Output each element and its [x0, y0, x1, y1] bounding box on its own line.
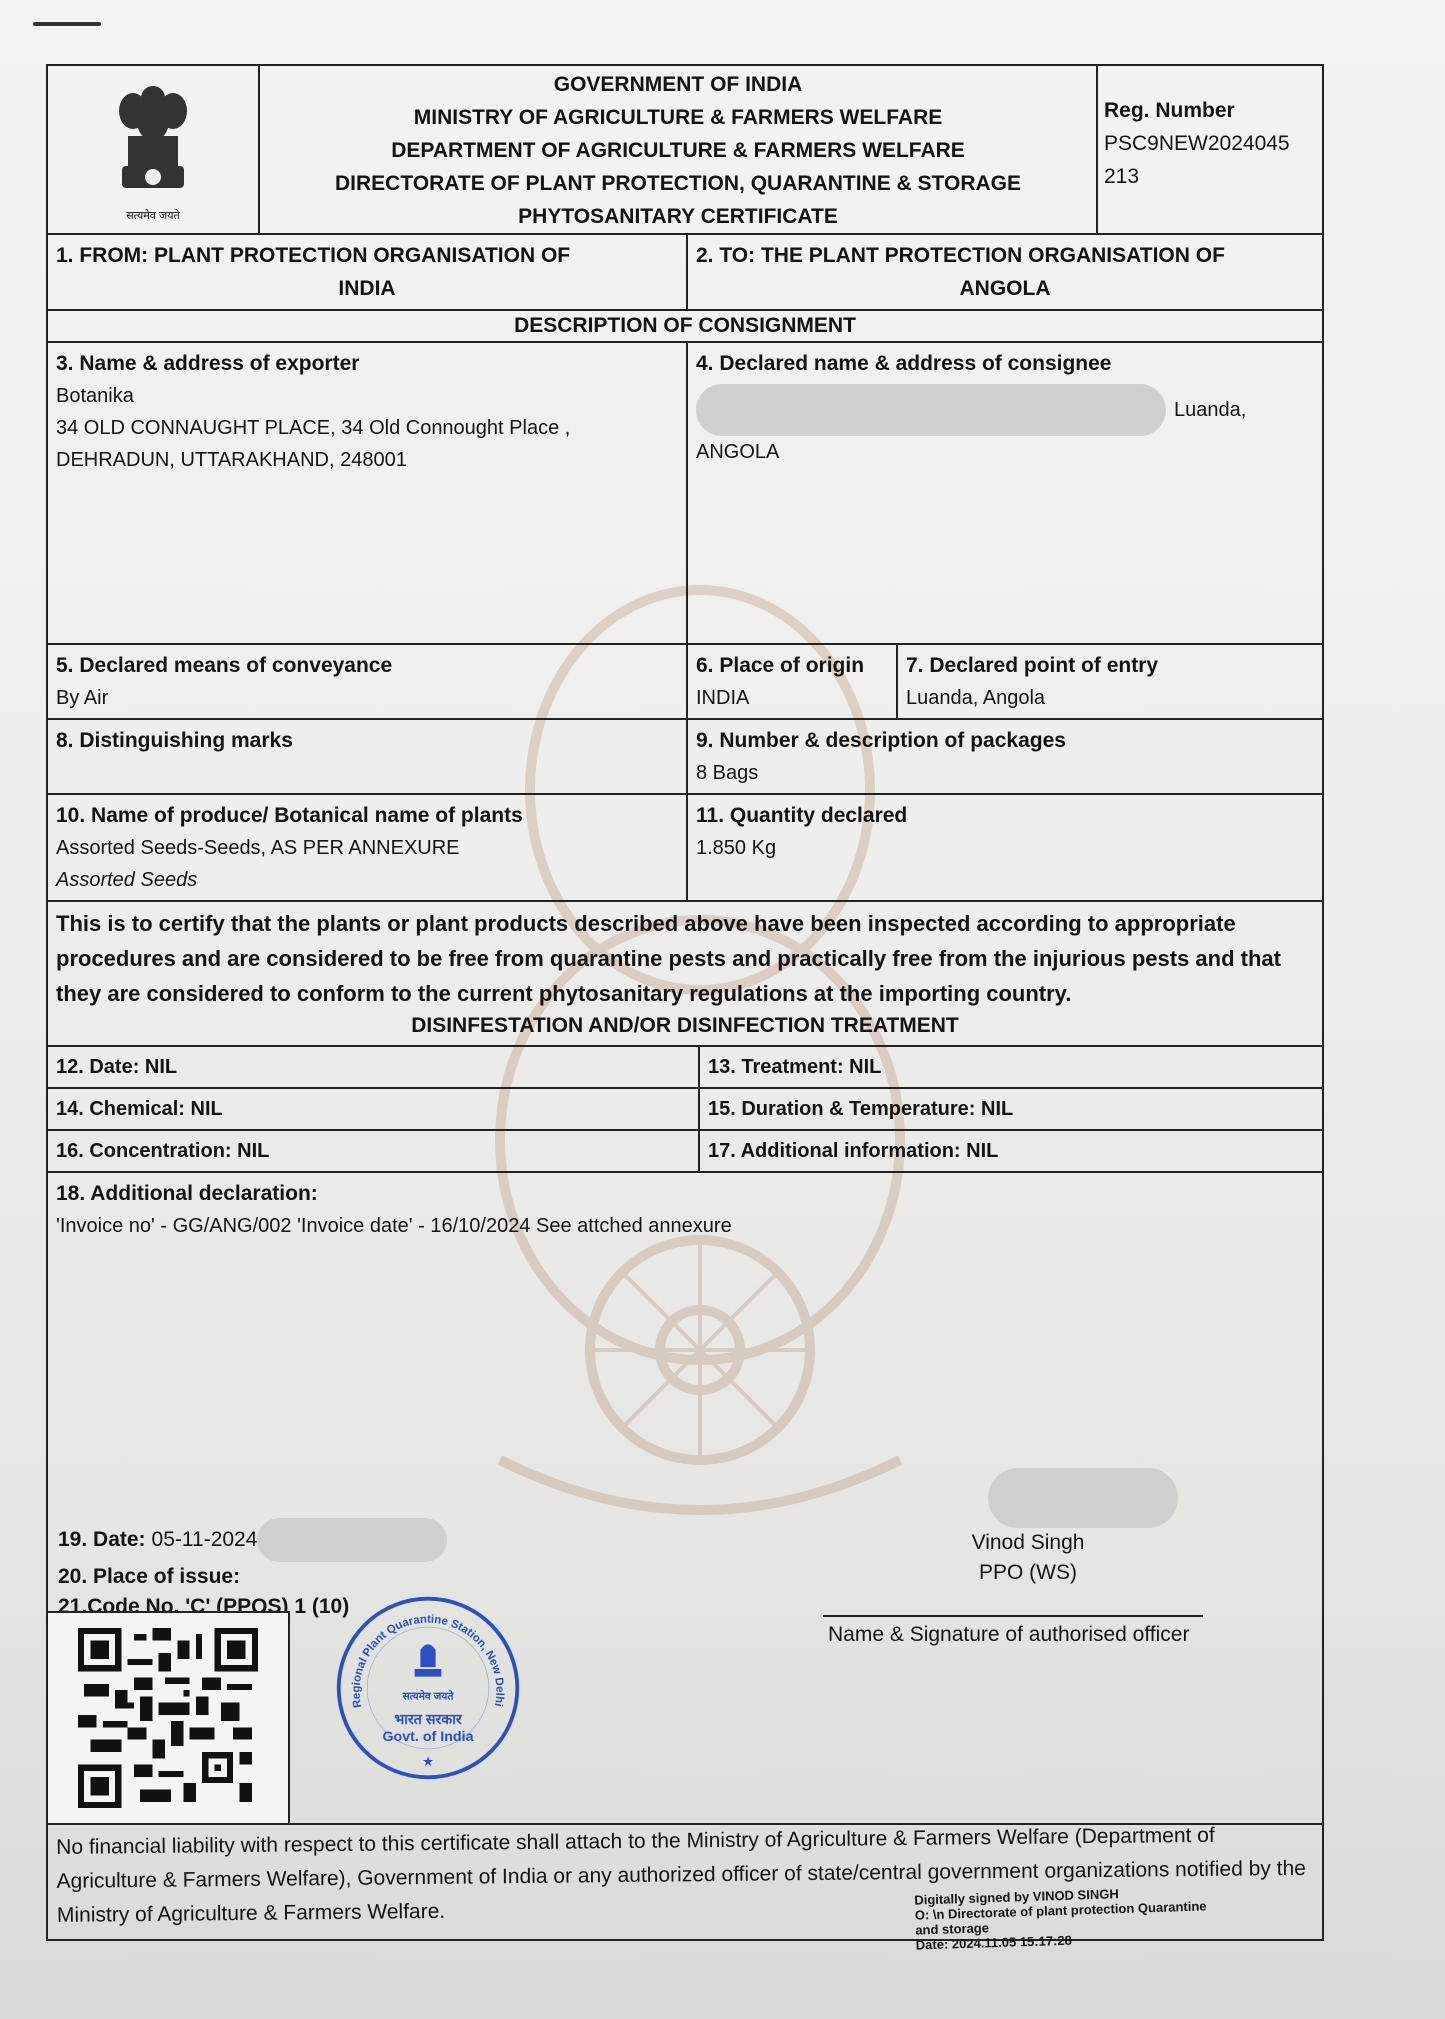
- origin-cell: 6. Place of origin INDIA: [688, 645, 898, 718]
- signatory-title: PPO (WS): [828, 1558, 1228, 1588]
- document-title: PHYTOSANITARY CERTIFICATE: [260, 200, 1096, 233]
- signature-line: [823, 1615, 1203, 1617]
- government-title: GOVERNMENT OF INDIA: [260, 68, 1096, 101]
- treatment-right-column: 13. Treatment: NIL 15. Duration & Temper…: [700, 1047, 1322, 1171]
- certification-cell: This is to certify that the plants or pl…: [48, 902, 1322, 1045]
- produce-cell: 10. Name of produce/ Botanical name of p…: [48, 795, 688, 900]
- issue-date-label: 19. Date:: [58, 1525, 146, 1555]
- marks-label: 8. Distinguishing marks: [56, 724, 678, 757]
- directorate-title: DIRECTORATE OF PLANT PROTECTION, QUARANT…: [260, 167, 1096, 200]
- to-value: ANGOLA: [696, 272, 1314, 305]
- redacted-consignee-name: [696, 384, 1166, 436]
- treatment-section-title: DISINFESTATION AND/OR DISINFECTION TREAT…: [56, 1011, 1314, 1041]
- issue-place-label: 20. Place of issue:: [58, 1562, 447, 1592]
- exporter-cell: 3. Name & address of exporter Botanika 3…: [48, 343, 688, 643]
- conveyance-cell: 5. Declared means of conveyance By Air: [48, 645, 688, 718]
- ministry-title: MINISTRY OF AGRICULTURE & FARMERS WELFAR…: [260, 101, 1096, 134]
- packages-label: 9. Number & description of packages: [696, 724, 1314, 757]
- signatory-block: Vinod Singh PPO (WS): [828, 1528, 1228, 1588]
- from-value: INDIA: [56, 272, 678, 305]
- marks-value: [56, 757, 678, 789]
- reg-number-cell: Reg. Number PSC9NEW2024045 213: [1098, 66, 1322, 233]
- official-stamp-icon: सत्यमेव जयते भारत सरकार Govt. of India ★…: [333, 1593, 523, 1783]
- treatment-duration: 15. Duration & Temperature: NIL: [700, 1089, 1322, 1131]
- svg-text:★: ★: [422, 1754, 434, 1769]
- scan-mark: [33, 22, 101, 26]
- qr-code-icon[interactable]: [78, 1628, 258, 1808]
- packages-value: 8 Bags: [696, 757, 1314, 789]
- exporter-name: Botanika: [56, 380, 678, 412]
- reg-number-value-2: 213: [1104, 160, 1316, 193]
- from-label: 1. FROM: PLANT PROTECTION ORGANISATION O…: [56, 239, 678, 272]
- treatment-additional-info: 17. Additional information: NIL: [700, 1131, 1322, 1171]
- redacted-issue-date-extra: [257, 1518, 447, 1562]
- consignment-section-title: DESCRIPTION OF CONSIGNMENT: [48, 311, 1322, 341]
- consignment-section-row: DESCRIPTION OF CONSIGNMENT: [48, 311, 1322, 343]
- marks-packages-row: 8. Distinguishing marks 9. Number & desc…: [48, 720, 1322, 795]
- declaration-signature-area: 18. Additional declaration: 'Invoice no'…: [48, 1173, 1322, 1825]
- stamp-hindi-bottom: भारत सरकार: [394, 1712, 463, 1728]
- quantity-label: 11. Quantity declared: [696, 799, 1314, 832]
- emblem-motto: सत्यमेव जयते: [126, 208, 180, 223]
- packages-cell: 9. Number & description of packages 8 Ba…: [688, 720, 1322, 793]
- consignee-label: 4. Declared name & address of consignee: [696, 347, 1314, 380]
- declaration-label: 18. Additional declaration:: [56, 1177, 1314, 1210]
- qr-code-box: [46, 1611, 290, 1825]
- signatory-name: Vinod Singh: [828, 1528, 1228, 1558]
- reg-number-value-1: PSC9NEW2024045: [1104, 127, 1316, 160]
- conveyance-value: By Air: [56, 682, 678, 714]
- department-title: DEPARTMENT OF AGRICULTURE & FARMERS WELF…: [260, 134, 1096, 167]
- certificate-header: सत्यमेव जयते GOVERNMENT OF INDIA MINISTR…: [48, 66, 1322, 235]
- consignee-cell: 4. Declared name & address of consignee …: [688, 343, 1322, 643]
- to-cell: 2. TO: THE PLANT PROTECTION ORGANISATION…: [688, 235, 1322, 309]
- consignee-address: Luanda,: [696, 384, 1314, 436]
- digital-signature: Digitally signed by VINOD SINGH O: \n Di…: [914, 1883, 1208, 1952]
- issue-date-value: 05-11-2024: [152, 1525, 258, 1555]
- exporter-consignee-row: 3. Name & address of exporter Botanika 3…: [48, 343, 1322, 645]
- declaration-value: 'Invoice no' - GG/ANG/002 'Invoice date'…: [56, 1210, 1314, 1242]
- produce-value: Assorted Seeds-Seeds, AS PER ANNEXURE: [56, 832, 678, 864]
- emblem-cell: सत्यमेव जयते: [48, 66, 260, 233]
- conveyance-label: 5. Declared means of conveyance: [56, 649, 678, 682]
- issue-date-line: 19. Date: 05-11-2024: [58, 1518, 447, 1562]
- exporter-label: 3. Name & address of exporter: [56, 347, 678, 380]
- exporter-address-line-2: DEHRADUN, UTTARAKHAND, 248001: [56, 444, 678, 476]
- treatment-left-column: 12. Date: NIL 14. Chemical: NIL 16. Conc…: [48, 1047, 700, 1171]
- from-to-row: 1. FROM: PLANT PROTECTION ORGANISATION O…: [48, 235, 1322, 311]
- consignee-country: ANGOLA: [696, 436, 1314, 468]
- certification-row: This is to certify that the plants or pl…: [48, 902, 1322, 1047]
- stamp-motto: सत्यमेव जयते: [402, 1689, 455, 1702]
- origin-label: 6. Place of origin: [696, 649, 888, 682]
- to-label: 2. TO: THE PLANT PROTECTION ORGANISATION…: [696, 239, 1314, 272]
- botanical-name: Assorted Seeds: [56, 864, 678, 896]
- stamp-english-bottom: Govt. of India: [382, 1729, 474, 1745]
- treatment-concentration: 16. Concentration: NIL: [48, 1131, 698, 1171]
- conveyance-row: 5. Declared means of conveyance By Air 6…: [48, 645, 1322, 720]
- produce-label: 10. Name of produce/ Botanical name of p…: [56, 799, 678, 832]
- exporter-address-line-1: 34 OLD CONNAUGHT PLACE, 34 Old Connought…: [56, 412, 678, 444]
- redacted-signature: [988, 1468, 1178, 1528]
- header-titles: GOVERNMENT OF INDIA MINISTRY OF AGRICULT…: [260, 66, 1098, 233]
- reg-number-label: Reg. Number: [1104, 94, 1316, 127]
- entry-cell: 7. Declared point of entry Luanda, Angol…: [898, 645, 1322, 718]
- treatment-type: 13. Treatment: NIL: [700, 1047, 1322, 1089]
- entry-value: Luanda, Angola: [906, 682, 1314, 714]
- consignee-city: Luanda,: [1174, 394, 1246, 426]
- certification-text: This is to certify that the plants or pl…: [56, 906, 1314, 1011]
- produce-quantity-row: 10. Name of produce/ Botanical name of p…: [48, 795, 1322, 902]
- treatment-chemical: 14. Chemical: NIL: [48, 1089, 698, 1131]
- national-emblem-icon: [108, 76, 198, 206]
- treatment-date: 12. Date: NIL: [48, 1047, 698, 1089]
- quantity-cell: 11. Quantity declared 1.850 Kg: [688, 795, 1322, 900]
- declaration-cell: 18. Additional declaration: 'Invoice no'…: [48, 1173, 1322, 1246]
- treatment-grid: 12. Date: NIL 14. Chemical: NIL 16. Conc…: [48, 1047, 1322, 1173]
- from-cell: 1. FROM: PLANT PROTECTION ORGANISATION O…: [48, 235, 688, 309]
- phytosanitary-certificate: सत्यमेव जयते GOVERNMENT OF INDIA MINISTR…: [46, 64, 1324, 1941]
- quantity-value: 1.850 Kg: [696, 832, 1314, 864]
- entry-label: 7. Declared point of entry: [906, 649, 1314, 682]
- signature-label: Name & Signature of authorised officer: [828, 1623, 1208, 1647]
- marks-cell: 8. Distinguishing marks: [48, 720, 688, 793]
- origin-value: INDIA: [696, 682, 888, 714]
